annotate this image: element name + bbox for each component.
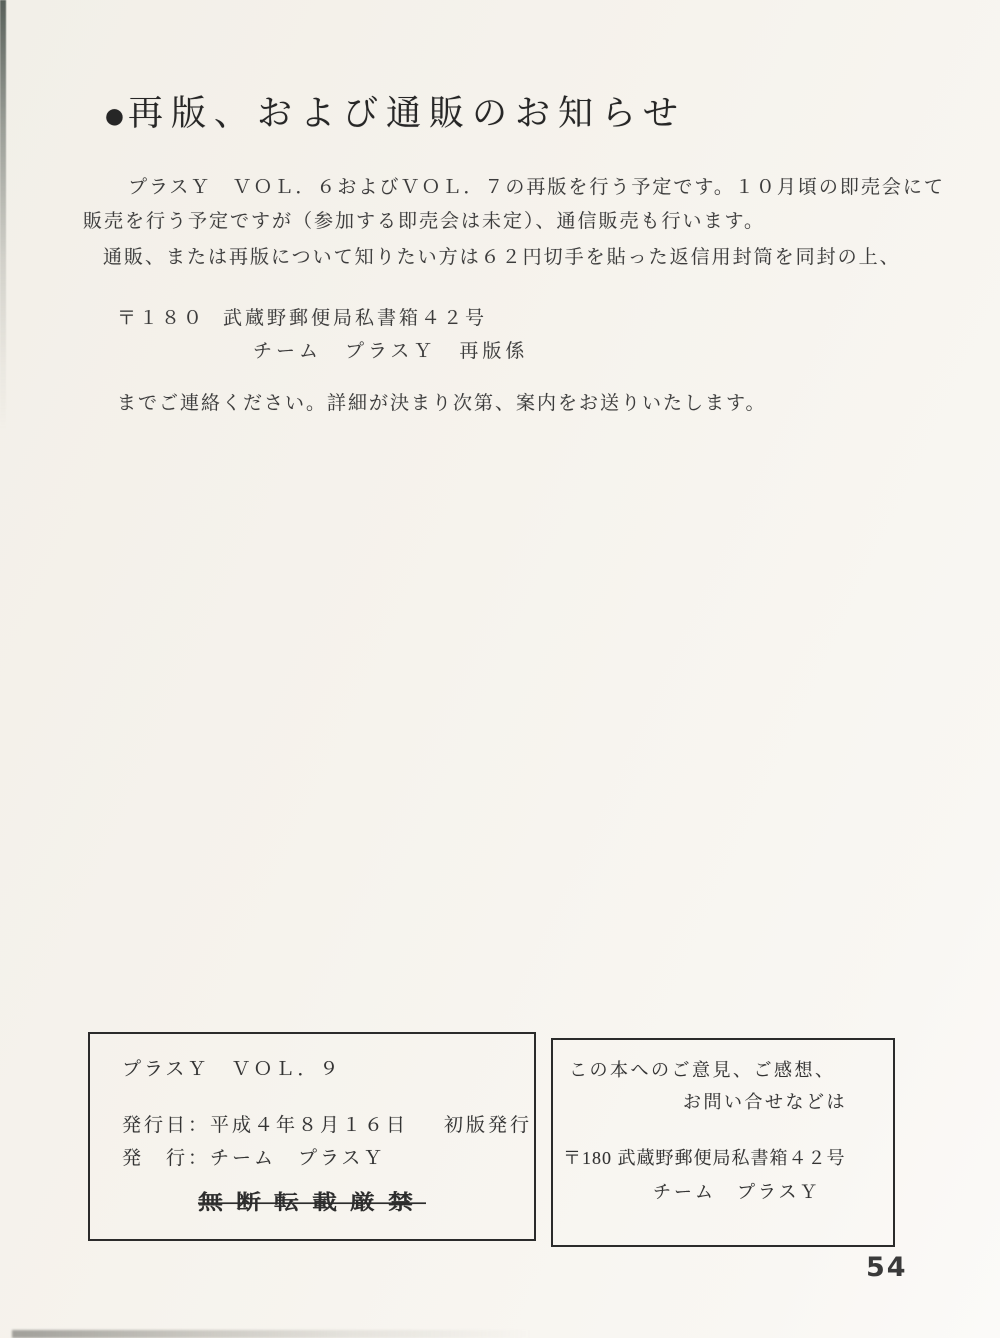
scan-edge-artifact-left: [0, 0, 6, 430]
contact-box: この本へのご意見、ご感想、 お問い合せなどは 〒180 武蔵野郵便局私書箱４２号…: [551, 1038, 895, 1247]
volume-title: プラスＹ ＶＯＬ．９: [122, 1054, 341, 1081]
scan-edge-artifact-bottom: [12, 1330, 532, 1338]
scanned-page: ●再版、および通販のお知らせ プラスＹ ＶＯＬ．６およびＶＯＬ．７の再版を行う予…: [0, 0, 1000, 1338]
body-line: 通販、または再版について知りたい方は６２円切手を貼った返信用封筒を同封の上、: [103, 242, 901, 269]
po-box-address: 武蔵野郵便局私書箱４２号: [223, 308, 487, 329]
closing-line: までご連絡ください。詳細が決まり次第、案内をお送りいたします。: [117, 388, 766, 415]
page-title-text: 再版、および通販のお知らせ: [128, 94, 686, 133]
page-number: 54: [866, 1252, 908, 1283]
page-title: ●再版、および通販のお知らせ: [103, 86, 686, 138]
edition-note: 初版発行: [444, 1115, 532, 1136]
publisher-line: 発 行：チーム プラスＹ: [122, 1143, 385, 1170]
addressee-line: チーム プラスＹ 再版係: [253, 336, 528, 363]
mailing-address-line: 〒１８０武蔵野郵便局私書箱４２号: [117, 303, 487, 330]
contact-team-name: チーム プラスＹ: [653, 1178, 820, 1204]
prohibition-notice: 無断転載厳禁: [90, 1186, 534, 1216]
contact-address: 〒180 武蔵野郵便局私書箱４２号: [563, 1144, 846, 1170]
contact-line: お問い合せなどは: [683, 1088, 847, 1114]
colophon-box: プラスＹ ＶＯＬ．９ 発行日：平成４年８月１６日初版発行 発 行：チーム プラス…: [88, 1032, 536, 1241]
publish-date: 発行日：平成４年８月１６日: [122, 1115, 408, 1136]
contact-line: この本へのご意見、ご感想、: [569, 1056, 836, 1082]
publish-date-line: 発行日：平成４年８月１６日初版発行: [122, 1110, 532, 1137]
body-line: 販売を行う予定ですが（参加する即売会は未定）、通信販売も行います。: [83, 206, 765, 233]
postal-code: 〒１８０: [117, 308, 205, 329]
bullet-icon: ●: [103, 95, 128, 137]
body-line: プラスＹ ＶＯＬ．６およびＶＯＬ．７の再版を行う予定です。１０月頃の即売会にて: [128, 172, 945, 199]
